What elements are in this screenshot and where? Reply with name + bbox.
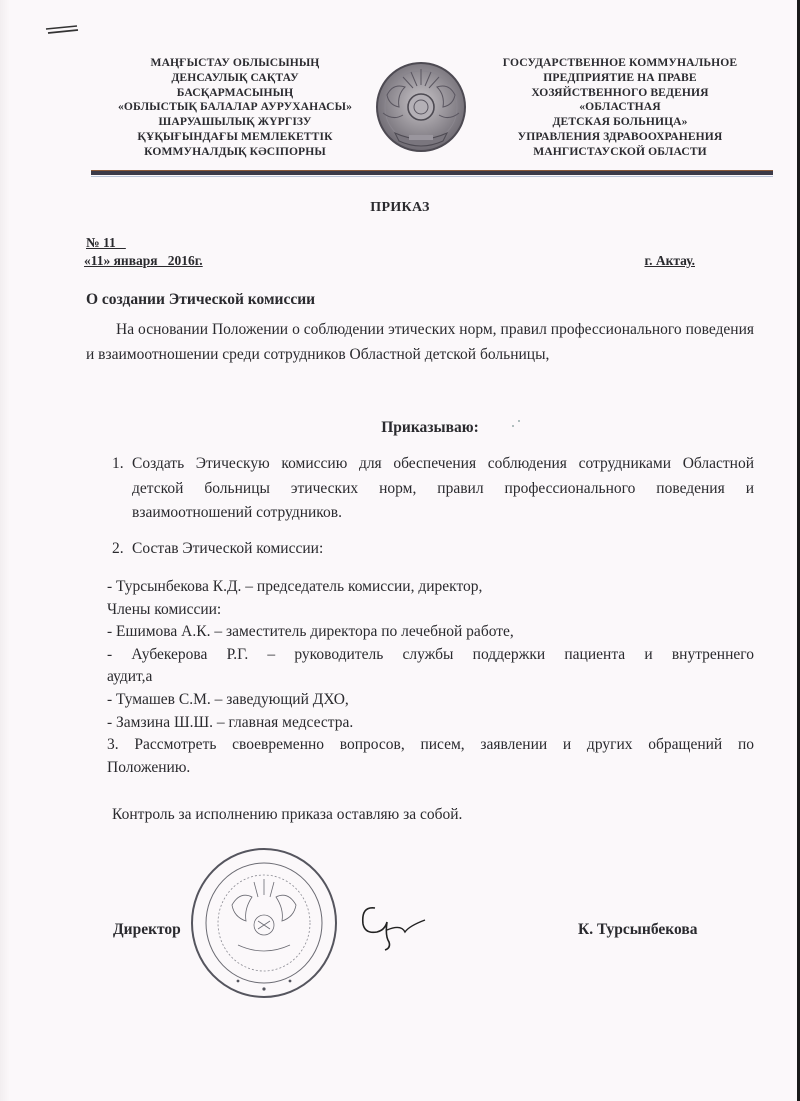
control-statement: Контроль за исполнению приказа оставляю … <box>112 806 462 824</box>
decree-heading: Приказываю: <box>0 419 800 437</box>
intro-paragraph: На основании Положении о соблюдении этич… <box>86 318 754 367</box>
item-number: 1. <box>112 452 124 477</box>
header-right-line: МАНГИСТАУСКОЙ ОБЛАСТИ <box>470 145 770 160</box>
member-line: - Ешимова А.К. – заместитель директора п… <box>107 621 754 644</box>
header-right-russian: ГОСУДАРСТВЕННОЕ КОММУНАЛЬНОЕ ПРЕДПРИЯТИЕ… <box>470 56 770 160</box>
header-right-line: ХОЗЯЙСТВЕННОГО ВЕДЕНИЯ <box>470 86 770 101</box>
header-left-line: КОММУНАЛДЫҚ КӘСІПОРНЫ <box>96 145 374 160</box>
header-right-line: ПРЕДПРИЯТИЕ НА ПРАВЕ <box>470 71 770 86</box>
member-line: Члены комиссии: <box>107 599 754 622</box>
scan-edge-left <box>0 0 10 1101</box>
member-line: - Аубекерова Р.Г. – руководитель службы … <box>107 644 754 667</box>
order-subject: О создании Этической комиссии <box>86 291 315 309</box>
header-left-line: «ОБЛЫСТЫҚ БАЛАЛАР АУРУХАНАСЫ» <box>96 100 374 115</box>
header-left-line: МАҢҒЫСТАУ ОБЛЫСЫНЫҢ <box>96 56 374 71</box>
scan-speck <box>518 420 520 422</box>
state-emblem-icon <box>373 55 469 157</box>
seal-stamp-icon <box>188 845 340 1001</box>
scan-speck <box>512 425 514 427</box>
signatory-title: Директор <box>113 921 181 939</box>
header-right-line: «ОБЛАСТНАЯ <box>470 100 770 115</box>
document-title: ПРИКАЗ <box>0 200 800 216</box>
order-item-2: 2.Состав Этической комиссии: <box>112 540 323 558</box>
header-right-line: ДЕТСКАЯ БОЛЬНИЦА» <box>470 115 770 130</box>
member-line: - Замзина Ш.Ш. – главная медсестра. <box>107 712 754 735</box>
item-number: 2. <box>112 540 132 558</box>
header-left-kazakh: МАҢҒЫСТАУ ОБЛЫСЫНЫҢ ДЕНСАУЛЫҚ САҚТАУ БАС… <box>96 56 374 160</box>
header-divider-thin <box>91 176 773 177</box>
order-item-3: 3. Рассмотреть своевременно вопросов, пи… <box>107 734 754 757</box>
header-left-line: ДЕНСАУЛЫҚ САҚТАУ <box>96 71 374 86</box>
signature-icon <box>355 902 435 952</box>
order-date: «11» января 2016г. <box>84 253 203 269</box>
member-line: - Тумашев С.М. – заведующий ДХО, <box>107 689 754 712</box>
header-divider <box>91 170 773 175</box>
order-item-3-cont: Положению. <box>107 757 754 780</box>
handwritten-mark-icon <box>44 24 80 36</box>
header-left-line: ШАРУАШЫЛЫҚ ЖҮРГІЗУ <box>96 115 374 130</box>
header-right-line: ГОСУДАРСТВЕННОЕ КОММУНАЛЬНОЕ <box>470 56 770 71</box>
item-text: Создать Этическую комиссию для обеспечен… <box>132 452 754 526</box>
signatory-name: К. Турсынбекова <box>578 921 697 939</box>
commission-members: - Турсынбекова К.Д. – председатель комис… <box>107 576 754 779</box>
item-text: Состав Этической комиссии: <box>132 540 323 557</box>
member-line: аудит,а <box>107 666 754 689</box>
order-city: г. Актау. <box>644 253 695 269</box>
member-line: - Турсынбекова К.Д. – председатель комис… <box>107 576 754 599</box>
order-number-value: № 11 <box>86 235 126 250</box>
header-right-line: УПРАВЛЕНИЯ ЗДРАВООХРАНЕНИЯ <box>470 130 770 145</box>
header-left-line: БАСҚАРМАСЫНЫҢ <box>96 86 374 101</box>
header-left-line: ҚҰҚЫҒЫНДАҒЫ МЕМЛЕКЕТТІК <box>96 130 374 145</box>
order-item-1: 1. Создать Этическую комиссию для обеспе… <box>112 452 754 526</box>
order-number: № 11 <box>86 235 126 251</box>
